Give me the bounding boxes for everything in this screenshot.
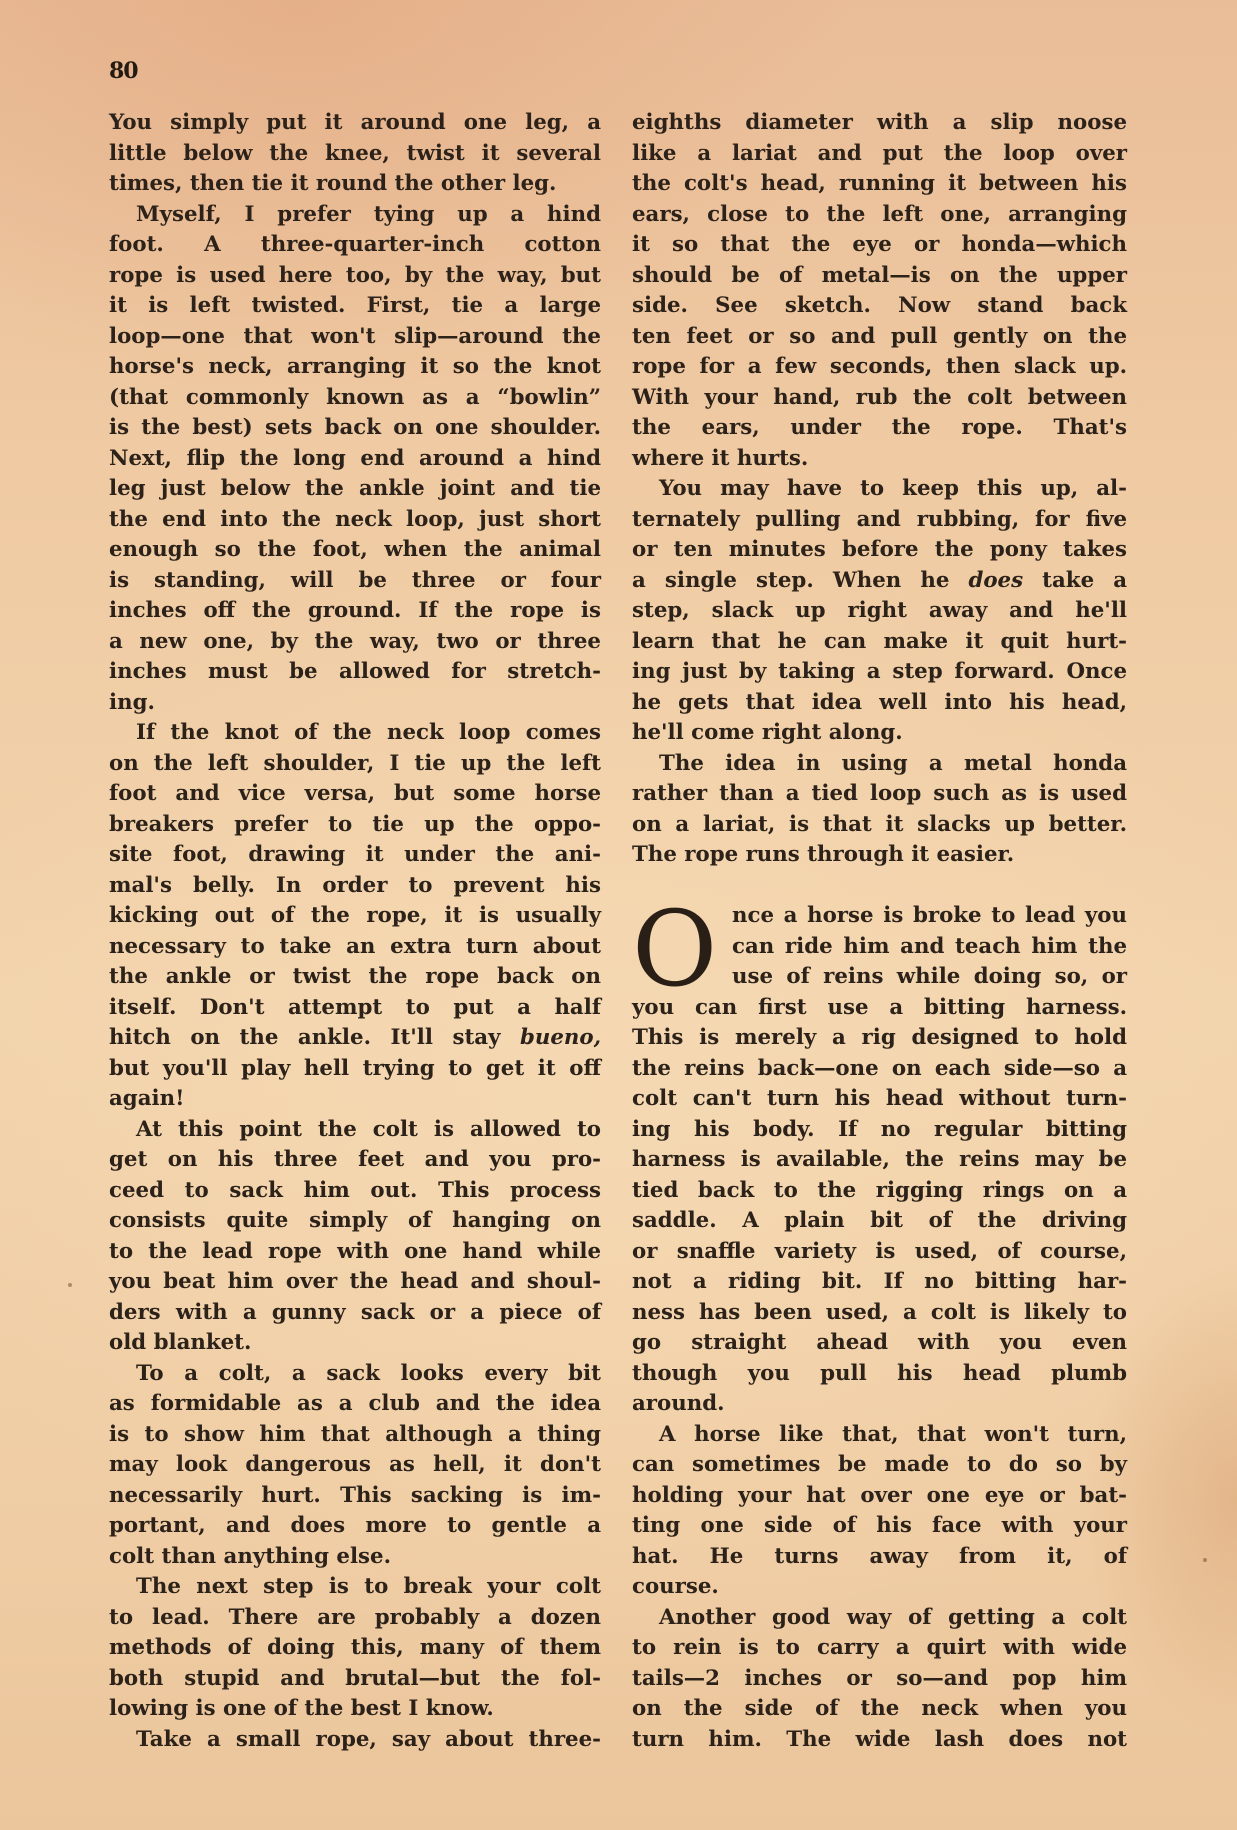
text-line: around.	[632, 1389, 1127, 1420]
line-text: itself. Don't attempt to put a half	[109, 995, 601, 1020]
line-text: step, slack up right away and he'll	[632, 598, 1127, 623]
paper-speck	[1203, 1558, 1207, 1562]
italic-word: does	[968, 568, 1023, 593]
text-line: eighths diameter with a slip noose	[632, 108, 1127, 139]
text-line: You may have to keep this up, al-	[632, 474, 1127, 505]
text-line: A horse like that, that won't turn,	[632, 1420, 1127, 1451]
text-line: again!	[109, 1084, 601, 1115]
text-line: not a riding bit. If no bitting har-	[632, 1267, 1127, 1298]
line-text: to lead. There are probably a dozen	[109, 1605, 601, 1630]
text-line: ness has been used, a colt is likely to	[632, 1298, 1127, 1329]
line-text: take a	[1023, 568, 1127, 593]
text-line: harness is available, the reins may be	[632, 1145, 1127, 1176]
text-line: he'll come right along.	[632, 718, 1127, 749]
text-line: both stupid and brutal—but the fol-	[109, 1664, 601, 1695]
line-text: can sometimes be made to do so by	[632, 1452, 1127, 1477]
line-text: the ankle or twist the rope back on	[109, 964, 601, 989]
line-text: can ride him and teach him the	[732, 934, 1127, 959]
line-text: (that commonly known as a “bowlin”	[109, 385, 601, 410]
text-line: it is left twisted. First, tie a large	[109, 291, 601, 322]
line-text: not a riding bit. If no bitting har-	[632, 1269, 1127, 1294]
line-text: again!	[109, 1086, 184, 1111]
left-column: You simply put it around one leg, alittl…	[109, 108, 601, 1755]
line-text: necessary to take an extra turn about	[109, 934, 601, 959]
line-text: enough so the foot, when the animal	[109, 537, 601, 562]
line-text: old blanket.	[109, 1330, 251, 1355]
text-line: tails—2 inches or so—and pop him	[632, 1664, 1127, 1695]
line-text: The idea in using a metal honda	[659, 751, 1127, 776]
line-text: may look dangerous as hell, it don't	[109, 1452, 601, 1477]
line-text: get on his three feet and you pro-	[109, 1147, 601, 1172]
line-text: to rein is to carry a quirt with wide	[632, 1635, 1127, 1660]
line-text: leg just below the ankle joint and tie	[109, 476, 601, 501]
text-line: a single step. When he does take a	[632, 566, 1127, 597]
text-line: ing just by taking a step forward. Once	[632, 657, 1127, 688]
line-text: around.	[632, 1391, 725, 1416]
line-text: A horse like that, that won't turn,	[659, 1422, 1127, 1447]
text-line: on the side of the neck when you	[632, 1694, 1127, 1725]
text-line: may look dangerous as hell, it don't	[109, 1450, 601, 1481]
line-text: The next step is to break your colt	[136, 1574, 601, 1599]
text-line: the reins back—one on each side—so a	[632, 1054, 1127, 1085]
line-text: where it hurts.	[632, 446, 808, 471]
line-text: mal's belly. In order to prevent his	[109, 873, 601, 898]
text-line: foot and vice versa, but some horse	[109, 779, 601, 810]
line-text: a single step. When he	[632, 568, 968, 593]
line-text: both stupid and brutal—but the fol-	[109, 1666, 601, 1691]
line-text: on the side of the neck when you	[632, 1696, 1127, 1721]
italic-word: bueno,	[520, 1025, 601, 1050]
line-text: At this point the colt is allowed to	[136, 1117, 601, 1142]
text-line: colt can't turn his head without turn-	[632, 1084, 1127, 1115]
text-line: the ankle or twist the rope back on	[109, 962, 601, 993]
text-line: as formidable as a club and the idea	[109, 1389, 601, 1420]
text-line: hat. He turns away from it, of	[632, 1542, 1127, 1573]
text-line: The rope runs through it easier.	[632, 840, 1127, 871]
line-text: ing his body. If no regular bitting	[632, 1117, 1127, 1142]
line-text: ternately pulling and rubbing, for five	[632, 507, 1127, 532]
text-line: necessarily hurt. This sacking is im-	[109, 1481, 601, 1512]
line-text: foot and vice versa, but some horse	[109, 781, 601, 806]
line-text: inches must be allowed for stretch-	[109, 659, 601, 684]
text-line: itself. Don't attempt to put a half	[109, 993, 601, 1024]
line-text: ceed to sack him out. This process	[109, 1178, 601, 1203]
text-line: saddle. A plain bit of the driving	[632, 1206, 1127, 1237]
text-line: kicking out of the rope, it is usually	[109, 901, 601, 932]
text-line: turn him. The wide lash does not	[632, 1725, 1127, 1756]
text-line: little below the knee, twist it several	[109, 139, 601, 170]
text-line: tied back to the rigging rings on a	[632, 1176, 1127, 1207]
line-text: side. See sketch. Now stand back	[632, 293, 1127, 318]
text-line: horse's neck, arranging it so the knot	[109, 352, 601, 383]
line-text: but you'll play hell trying to get it of…	[109, 1056, 601, 1081]
text-line: portant, and does more to gentle a	[109, 1511, 601, 1542]
line-text: saddle. A plain bit of the driving	[632, 1208, 1127, 1233]
text-line: but you'll play hell trying to get it of…	[109, 1054, 601, 1085]
line-text: loop—one that won't slip—around the	[109, 324, 601, 349]
line-text: inches off the ground. If the rope is	[109, 598, 601, 623]
line-text: colt than anything else.	[109, 1544, 391, 1569]
text-line: (that commonly known as a “bowlin”	[109, 383, 601, 414]
text-line: If the knot of the neck loop comes	[109, 718, 601, 749]
line-text: the end into the neck loop, just short	[109, 507, 601, 532]
text-line: or snaffle variety is used, of course,	[632, 1237, 1127, 1268]
line-text: course.	[632, 1574, 719, 1599]
text-line: rope is used here too, by the way, but	[109, 261, 601, 292]
text-line: or ten minutes before the pony takes	[632, 535, 1127, 566]
line-text: the ears, under the rope. That's	[632, 415, 1127, 440]
text-line: site foot, drawing it under the ani-	[109, 840, 601, 871]
line-text: is the best) sets back on one shoulder.	[109, 415, 601, 440]
text-line: rope for a few seconds, then slack up.	[632, 352, 1127, 383]
text-line: on a lariat, is that it slacks up better…	[632, 810, 1127, 841]
line-text: to the lead rope with one hand while	[109, 1239, 601, 1264]
line-text: should be of metal—is on the upper	[632, 263, 1127, 288]
line-text: he'll come right along.	[632, 720, 903, 745]
line-text: holding your hat over one eye or bat-	[632, 1483, 1127, 1508]
text-line: At this point the colt is allowed to	[109, 1115, 601, 1146]
text-line: ternately pulling and rubbing, for five	[632, 505, 1127, 536]
line-text: colt can't turn his head without turn-	[632, 1086, 1127, 1111]
line-text: ders with a gunny sack or a piece of	[109, 1300, 601, 1325]
line-text: breakers prefer to tie up the oppo-	[109, 812, 601, 837]
text-line: to rein is to carry a quirt with wide	[632, 1633, 1127, 1664]
text-line: ting one side of his face with your	[632, 1511, 1127, 1542]
line-text: rather than a tied loop such as is used	[632, 781, 1127, 806]
line-text: little below the knee, twist it several	[109, 141, 601, 166]
text-line: ceed to sack him out. This process	[109, 1176, 601, 1207]
line-text: kicking out of the rope, it is usually	[109, 903, 601, 928]
text-line: methods of doing this, many of them	[109, 1633, 601, 1664]
text-line: though you pull his head plumb	[632, 1359, 1127, 1390]
text-line: to lead. There are probably a dozen	[109, 1603, 601, 1634]
text-line: With your hand, rub the colt between	[632, 383, 1127, 414]
text-line: ten feet or so and pull gently on the	[632, 322, 1127, 353]
text-line: the ears, under the rope. That's	[632, 413, 1127, 444]
text-line: ears, close to the left one, arranging	[632, 200, 1127, 231]
line-text: lowing is one of the best I know.	[109, 1696, 494, 1721]
text-line: to the lead rope with one hand while	[109, 1237, 601, 1268]
text-line: You simply put it around one leg, a	[109, 108, 601, 139]
text-line: consists quite simply of hanging on	[109, 1206, 601, 1237]
line-text: harness is available, the reins may be	[632, 1147, 1127, 1172]
line-text: rope is used here too, by the way, but	[109, 263, 601, 288]
text-line: step, slack up right away and he'll	[632, 596, 1127, 627]
page-number: 80	[109, 58, 138, 84]
line-text: he gets that idea well into his head,	[632, 690, 1127, 715]
line-text: is standing, will be three or four	[109, 568, 601, 593]
line-text: use of reins while doing so, or	[732, 964, 1127, 989]
text-line: you beat him over the head and shoul-	[109, 1267, 601, 1298]
line-text: go straight ahead with you even	[632, 1330, 1127, 1355]
text-line: mal's belly. In order to prevent his	[109, 871, 601, 902]
drop-cap: O	[632, 904, 717, 994]
paper-speck	[68, 1283, 72, 1287]
text-line: Next, flip the long end around a hind	[109, 444, 601, 475]
text-line: is the best) sets back on one shoulder.	[109, 413, 601, 444]
line-text: ing.	[109, 690, 155, 715]
line-text: portant, and does more to gentle a	[109, 1513, 601, 1538]
text-line: enough so the foot, when the animal	[109, 535, 601, 566]
text-line: it so that the eye or honda—which	[632, 230, 1127, 261]
text-line: old blanket.	[109, 1328, 601, 1359]
line-text: If the knot of the neck loop comes	[136, 720, 601, 745]
line-text: You simply put it around one leg, a	[109, 110, 601, 135]
text-line: inches must be allowed for stretch-	[109, 657, 601, 688]
line-text: You may have to keep this up, al-	[659, 476, 1127, 501]
text-line: get on his three feet and you pro-	[109, 1145, 601, 1176]
line-text: ness has been used, a colt is likely to	[632, 1300, 1127, 1325]
text-line: holding your hat over one eye or bat-	[632, 1481, 1127, 1512]
text-line: course.	[632, 1572, 1127, 1603]
line-text: ting one side of his face with your	[632, 1513, 1127, 1538]
text-line: To a colt, a sack looks every bit	[109, 1359, 601, 1390]
text-line: Another good way of getting a colt	[632, 1603, 1127, 1634]
text-line: The idea in using a metal honda	[632, 749, 1127, 780]
text-line: inches off the ground. If the rope is	[109, 596, 601, 627]
text-line: This is merely a rig designed to hold	[632, 1023, 1127, 1054]
text-line: The next step is to break your colt	[109, 1572, 601, 1603]
line-text: tied back to the rigging rings on a	[632, 1178, 1127, 1203]
line-text: learn that he can make it quit hurt-	[632, 629, 1127, 654]
line-text: To a colt, a sack looks every bit	[136, 1361, 601, 1386]
text-line: foot. A three-quarter-inch cotton	[109, 230, 601, 261]
text-line: the end into the neck loop, just short	[109, 505, 601, 536]
line-text: though you pull his head plumb	[632, 1361, 1127, 1386]
line-text: tails—2 inches or so—and pop him	[632, 1666, 1127, 1691]
line-text: Myself, I prefer tying up a hind	[136, 202, 601, 227]
text-line: breakers prefer to tie up the oppo-	[109, 810, 601, 841]
text-line: a new one, by the way, two or three	[109, 627, 601, 658]
text-line: ing his body. If no regular bitting	[632, 1115, 1127, 1146]
text-line: ders with a gunny sack or a piece of	[109, 1298, 601, 1329]
line-text: hitch on the ankle. It'll stay	[109, 1025, 520, 1050]
line-text: turn him. The wide lash does not	[632, 1727, 1127, 1752]
line-text: Take a small rope, say about three-	[136, 1727, 601, 1752]
text-line: loop—one that won't slip—around the	[109, 322, 601, 353]
line-text: methods of doing this, many of them	[109, 1635, 601, 1660]
line-text: With your hand, rub the colt between	[632, 385, 1127, 410]
line-text: the colt's head, running it between his	[632, 171, 1127, 196]
line-text: a new one, by the way, two or three	[109, 629, 601, 654]
text-line: lowing is one of the best I know.	[109, 1694, 601, 1725]
line-text: This is merely a rig designed to hold	[632, 1025, 1127, 1050]
text-line: necessary to take an extra turn about	[109, 932, 601, 963]
line-text: nce a horse is broke to lead you	[732, 903, 1127, 928]
line-text: Another good way of getting a colt	[659, 1605, 1127, 1630]
line-text: Next, flip the long end around a hind	[109, 446, 601, 471]
line-text: it so that the eye or honda—which	[632, 232, 1127, 257]
text-line: on the left shoulder, I tie up the left	[109, 749, 601, 780]
text-line: learn that he can make it quit hurt-	[632, 627, 1127, 658]
text-line: he gets that idea well into his head,	[632, 688, 1127, 719]
text-line: can sometimes be made to do so by	[632, 1450, 1127, 1481]
text-line: like a lariat and put the loop over	[632, 139, 1127, 170]
line-text: is to show him that although a thing	[109, 1422, 601, 1447]
text-line: times, then tie it round the other leg.	[109, 169, 601, 200]
text-line: rather than a tied loop such as is used	[632, 779, 1127, 810]
line-text: on a lariat, is that it slacks up better…	[632, 812, 1127, 837]
line-text: The rope runs through it easier.	[632, 842, 1014, 867]
line-text: the reins back—one on each side—so a	[632, 1056, 1127, 1081]
text-line: hitch on the ankle. It'll stay bueno,	[109, 1023, 601, 1054]
line-text: or snaffle variety is used, of course,	[632, 1239, 1127, 1264]
line-text: rope for a few seconds, then slack up.	[632, 354, 1127, 379]
line-text: you beat him over the head and shoul-	[109, 1269, 601, 1294]
right-column: O eighths diameter with a slip nooselike…	[632, 108, 1127, 1755]
line-text: as formidable as a club and the idea	[109, 1391, 601, 1416]
line-text: horse's neck, arranging it so the knot	[109, 354, 601, 379]
text-line: ing.	[109, 688, 601, 719]
text-line: leg just below the ankle joint and tie	[109, 474, 601, 505]
text-line: go straight ahead with you even	[632, 1328, 1127, 1359]
line-text: it is left twisted. First, tie a large	[109, 293, 601, 318]
line-text: hat. He turns away from it, of	[632, 1544, 1127, 1569]
text-line: colt than anything else.	[109, 1542, 601, 1573]
text-line: is standing, will be three or four	[109, 566, 601, 597]
text-line: Myself, I prefer tying up a hind	[109, 200, 601, 231]
text-line: Take a small rope, say about three-	[109, 1725, 601, 1756]
text-line: should be of metal—is on the upper	[632, 261, 1127, 292]
line-text: ten feet or so and pull gently on the	[632, 324, 1127, 349]
line-text: eighths diameter with a slip noose	[632, 110, 1127, 135]
text-line: where it hurts.	[632, 444, 1127, 475]
line-text: or ten minutes before the pony takes	[632, 537, 1127, 562]
line-text: foot. A three-quarter-inch cotton	[109, 232, 601, 257]
text-line: the colt's head, running it between his	[632, 169, 1127, 200]
line-text: like a lariat and put the loop over	[632, 141, 1127, 166]
text-line: is to show him that although a thing	[109, 1420, 601, 1451]
line-text: times, then tie it round the other leg.	[109, 171, 556, 196]
line-text: site foot, drawing it under the ani-	[109, 842, 601, 867]
line-text: on the left shoulder, I tie up the left	[109, 751, 601, 776]
text-line: side. See sketch. Now stand back	[632, 291, 1127, 322]
line-text: ears, close to the left one, arranging	[632, 202, 1127, 227]
line-text: consists quite simply of hanging on	[109, 1208, 601, 1233]
line-text: ing just by taking a step forward. Once	[632, 659, 1127, 684]
line-text: necessarily hurt. This sacking is im-	[109, 1483, 601, 1508]
